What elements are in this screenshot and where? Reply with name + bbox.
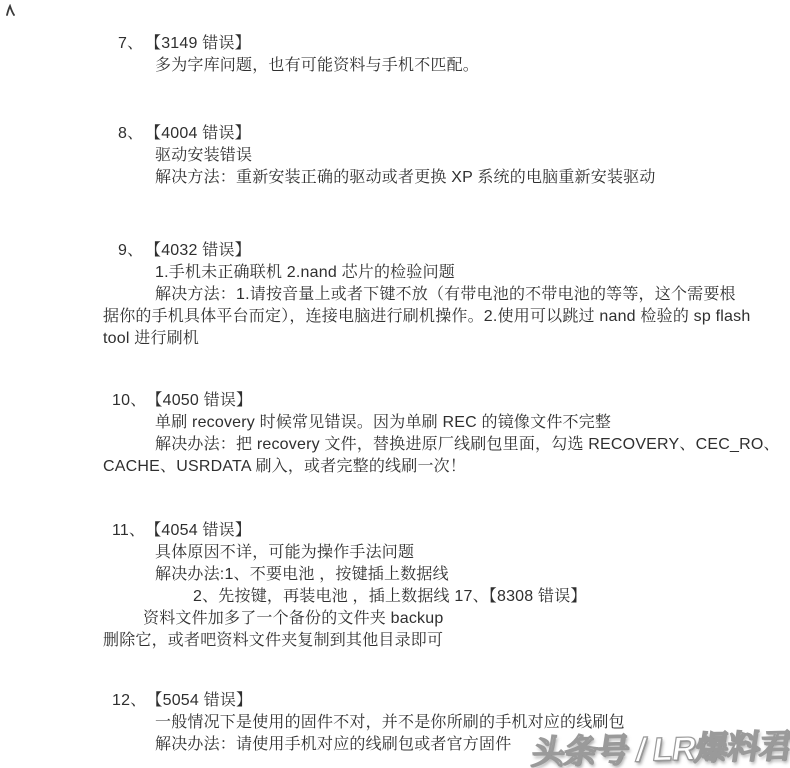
item-text-line: 删除它，或者吧资料文件夹复制到其他目录即可 (103, 630, 733, 652)
item-heading: 8、【4004 错误】 (103, 123, 733, 145)
item-heading: 10、【4050 错误】 (103, 390, 733, 412)
item-number: 8、 (118, 123, 145, 145)
item-title: 【4032 错误】 (145, 242, 251, 259)
error-item-4054: 11、【4054 错误】 具体原因不详，可能为操作手法问题 解决办法:1、不要电… (103, 520, 733, 652)
item-heading: 9、【4032 错误】 (103, 240, 733, 262)
ink-mark-icon (5, 4, 17, 18)
error-item-4050: 10、【4050 错误】 单刷 recovery 时候常见错误。因为单刷 REC… (103, 390, 733, 478)
item-title: 【4004 错误】 (145, 125, 251, 142)
item-heading: 11、【4054 错误】 (103, 520, 733, 542)
item-text-line: 资料文件加多了一个备份的文件夹 backup (103, 608, 733, 630)
item-heading: 12、【5054 错误】 (103, 690, 733, 712)
error-item-4004: 8、【4004 错误】 驱动安装错误 解决方法：重新安装正确的驱动或者更换 XP… (103, 123, 733, 189)
item-number: 12、 (112, 690, 146, 712)
item-text-line: 1.手机未正确联机 2.nand 芯片的检验问题 (103, 262, 733, 284)
item-heading: 7、【3149 错误】 (103, 33, 733, 55)
item-text-line: tool 进行刷机 (103, 328, 733, 350)
item-text-line: 具体原因不详，可能为操作手法问题 (103, 542, 733, 564)
item-text-line: 解决方法：重新安装正确的驱动或者更换 XP 系统的电脑重新安装驱动 (103, 167, 733, 189)
item-text-line: 据你的手机具体平台而定），连接电脑进行刷机操作。2.使用可以跳过 nand 检验… (103, 306, 733, 328)
item-title: 【4054 错误】 (145, 522, 251, 539)
item-text-line: 多为字库问题，也有可能资料与手机不匹配。 (103, 55, 733, 77)
document-page: 7、【3149 错误】 多为字库问题，也有可能资料与手机不匹配。 8、【4004… (103, 33, 733, 756)
item-text-line: 解决办法：把 recovery 文件，替换进原厂线刷包里面，勾选 RECOVER… (103, 434, 733, 456)
item-title: 【3149 错误】 (145, 35, 251, 52)
watermark: 头条号 / LR爆料君 (528, 720, 790, 768)
item-text-line: 2、先按键，再装电池 ，插上数据线 17、【8308 错误】 (103, 586, 733, 608)
item-number: 9、 (118, 240, 145, 262)
item-title: 【5054 错误】 (146, 692, 252, 709)
item-text-line: 驱动安装错误 (103, 145, 733, 167)
item-text-line: 解决办法:1、不要电池 ，按键插上数据线 (103, 564, 733, 586)
item-number: 11、 (112, 520, 145, 542)
item-number: 10、 (112, 390, 146, 412)
error-item-4032: 9、【4032 错误】 1.手机未正确联机 2.nand 芯片的检验问题 解决方… (103, 240, 733, 350)
error-item-3149: 7、【3149 错误】 多为字库问题，也有可能资料与手机不匹配。 (103, 33, 733, 77)
item-text-line: 单刷 recovery 时候常见错误。因为单刷 REC 的镜像文件不完整 (103, 412, 733, 434)
item-text-line: 解决方法：1.请按音量上或者下键不放（有带电池的不带电池的等等，这个需要根 (103, 284, 733, 306)
item-title: 【4050 错误】 (146, 392, 252, 409)
item-number: 7、 (118, 33, 145, 55)
item-text-line: CACHE、USRDATA 刷入，或者完整的线刷一次！ (103, 456, 733, 478)
